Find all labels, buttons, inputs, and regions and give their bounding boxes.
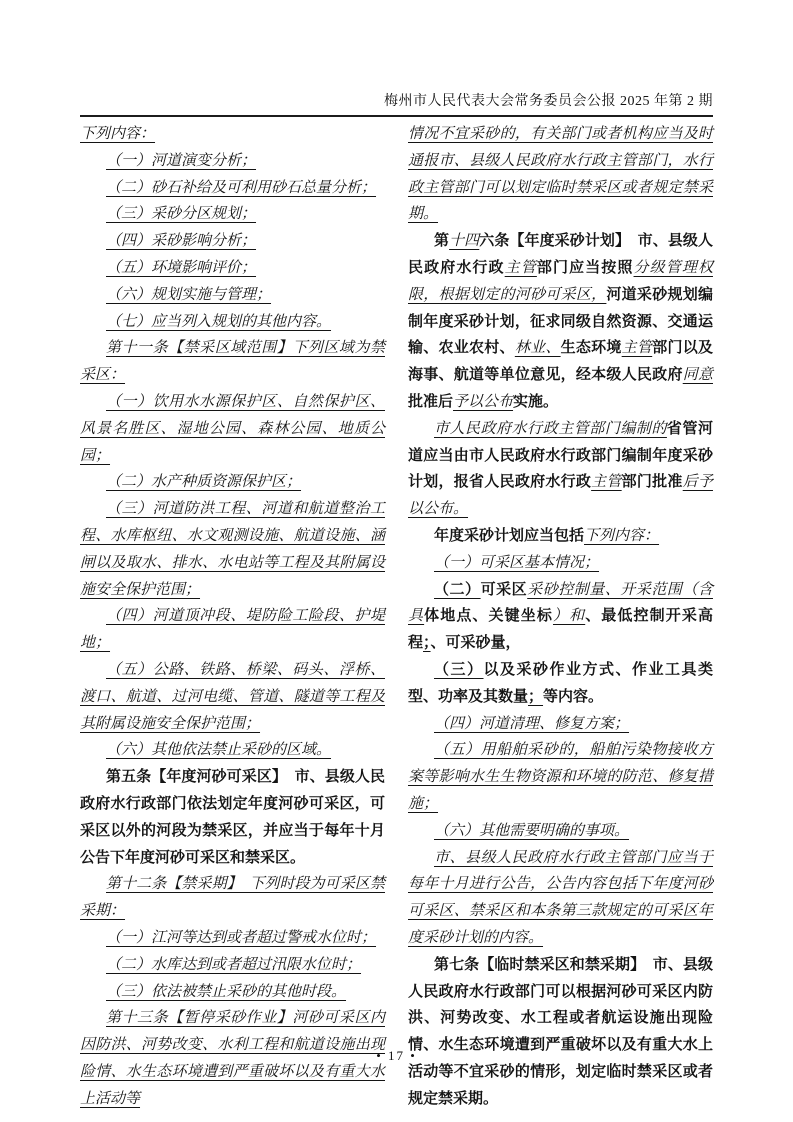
inserted-text-run: 主管: [622, 340, 653, 356]
paragraph: 下列内容：: [80, 121, 385, 148]
paragraph: （四）采砂影响分析；: [80, 228, 385, 255]
text-run: 等内容。: [543, 689, 603, 705]
inserted-text-run: （五）环境影响评价；: [106, 260, 256, 276]
paragraph: （六）其他依法禁止采砂的区域。: [80, 737, 385, 764]
inserted-text-run: 情况不宜采砂的，有关部门或者机构应当及时通报市、县级人民政府水行政主管部门，水行…: [408, 126, 713, 222]
text-run: 第: [434, 233, 449, 249]
text-run: 可采区: [481, 582, 528, 598]
paragraph: （七）应当列入规划的其他内容。: [80, 309, 385, 336]
paragraph: （五）环境影响评价；: [80, 255, 385, 282]
text-run: 实施。: [513, 394, 558, 410]
text-run: 体地点、关键坐标: [424, 608, 553, 624]
page-number: • 17 •: [0, 1048, 793, 1064]
paragraph: 年度采砂计划应当包括下列内容：: [408, 523, 713, 550]
paragraph: （六）其他需要明确的事项。: [408, 818, 713, 845]
inserted-text-run: （四）采砂影响分析；: [106, 233, 256, 249]
page-header-title: 梅州市人民代表大会常务委员会公报 2025 年第 2 期: [80, 0, 713, 115]
paragraph: （五）用船舶采砂的，船舶污染物接收方案等影响水生生物资源和环境的防范、修复措施；: [408, 737, 713, 817]
inserted-text-run: ；: [423, 635, 431, 651]
paragraph: （四）河道清理、修复方案；: [408, 711, 713, 738]
paragraph: （四）河道顶冲段、堤防险工险段、护堤地；: [80, 603, 385, 657]
gazette-page: 梅州市人民代表大会常务委员会公报 2025 年第 2 期 下列内容：（一）河道演…: [0, 0, 793, 1122]
paragraph: （三）依法被禁止采砂的其他时段。: [80, 979, 385, 1006]
inserted-text-run: 主管: [505, 260, 537, 276]
inserted-text-run: （四）河道清理、修复方案；: [434, 716, 629, 732]
inserted-text-run: （二）水库达到或者超过汛限水位时；: [106, 957, 361, 973]
paragraph: 第七条【临时禁采区和禁采期】 市、县级人民政府水行政部门可以根据河砂可采区内防洪…: [408, 952, 713, 1113]
paragraph: 市人民政府水行政主管部门编制的省管河道应当由市人民政府水行政部门编制年度采砂计划…: [408, 416, 713, 523]
paragraph: （二）水库达到或者超过汛限水位时；: [80, 952, 385, 979]
inserted-text-run: （一）河道演变分析；: [106, 153, 256, 169]
text-run: 第七条【临时禁采区和禁采期】 市、县级人民政府水行政部门可以根据河砂可采区内防洪…: [408, 957, 713, 1107]
paragraph: （二）可采区采砂控制量、开采范围（含具体地点、关键坐标）和、最低控制开采高程；、…: [408, 577, 713, 657]
column-right: 情况不宜采砂的，有关部门或者机构应当及时通报市、县级人民政府水行政主管部门，水行…: [408, 121, 713, 1112]
paragraph: 第十二条【禁采期】 下列时段为可采区禁采期：: [80, 871, 385, 925]
inserted-text-run: （六）其他依法禁止采砂的区域。: [106, 742, 331, 758]
inserted-text-run: （五）公路、铁路、桥梁、码头、浮桥、渡口、航道、过河电缆、管道、隧道等工程及其附…: [80, 662, 385, 732]
inserted-text-run: ）和: [553, 608, 585, 624]
inserted-text-run: （四）河道顶冲段、堤防险工险段、护堤地；: [80, 608, 385, 651]
inserted-text-run: （六）其他需要明确的事项。: [434, 823, 629, 839]
inserted-text-run: 下列内容：: [80, 126, 155, 142]
paragraph: （一）可采区基本情况；: [408, 550, 713, 577]
text-run: 批准后: [408, 394, 453, 410]
paragraph: （三）以及采砂作业方式、作业工具类型、功率及其数量；等内容。: [408, 657, 713, 711]
text-run: 、可采砂量，: [431, 635, 521, 651]
paragraph: （五）公路、铁路、桥梁、码头、浮桥、渡口、航道、过河电缆、管道、隧道等工程及其附…: [80, 657, 385, 737]
text-run: 年度采砂计划应当包括: [434, 528, 584, 544]
paragraph: 第十一条【禁采区域范围】下列区域为禁采区：: [80, 335, 385, 389]
inserted-text-run: （五）用船舶采砂的，船舶污染物接收方案等影响水生生物资源和环境的防范、修复措施；: [408, 742, 713, 812]
page-header: 梅州市人民代表大会常务委员会公报 2025 年第 2 期: [80, 0, 713, 117]
paragraph: （一）江河等达到或者超过警戒水位时；: [80, 925, 385, 952]
inserted-text-run: （二）水产种质资源保护区；: [106, 474, 301, 490]
paragraph: 情况不宜采砂的，有关部门或者机构应当及时通报市、县级人民政府水行政主管部门，水行…: [408, 121, 713, 228]
paragraph: 第五条【年度河砂可采区】 市、县级人民政府水行政部门依法划定年度河砂可采区，可采…: [80, 764, 385, 871]
inserted-text-run: 第十二条【禁采期】 下列时段为可采区禁采期：: [80, 876, 385, 919]
inserted-text-run: 予以公布: [453, 394, 513, 410]
inserted-text-run: ；: [528, 689, 543, 705]
text-run: 部门应当按照: [537, 260, 634, 276]
inserted-text-run: 十四: [449, 233, 479, 249]
inserted-text-run: 林业、: [515, 340, 561, 356]
text-run: 部门批准: [622, 474, 683, 490]
inserted-text-run: 市、县级人民政府水行政主管部门应当于每年十月进行公告，公告内容包括下年度河砂可采…: [408, 850, 713, 946]
inserted-text-run: 同意: [683, 367, 713, 383]
paragraph: 第十四六条【年度采砂计划】 市、县级人民政府水行政主管部门应当按照分级管理权限，…: [408, 228, 713, 416]
inserted-text-run: （三）依法被禁止采砂的其他时段。: [106, 984, 346, 1000]
inserted-text-run: （三）河道防洪工程、河道和航道整治工程、水库枢纽、水文观测设施、航道设施、涵闸以…: [80, 501, 385, 597]
inserted-text-run: 市人民政府水行政主管部门编制的: [434, 421, 667, 437]
paragraph: （一）饮用水水源保护区、自然保护区、风景名胜区、湿地公园、森林公园、地质公园；: [80, 389, 385, 469]
text-run: 生态环境: [561, 340, 622, 356]
inserted-text-run: （二）砂石补给及可利用砂石总量分析；: [106, 180, 376, 196]
content-columns: 下列内容：（一）河道演变分析；（二）砂石补给及可利用砂石总量分析；（三）采砂分区…: [80, 121, 713, 1112]
inserted-text-run: 主管: [591, 474, 622, 490]
inserted-text-run: （一）江河等达到或者超过警戒水位时；: [106, 930, 376, 946]
inserted-text-run: （三）采砂分区规划；: [106, 206, 256, 222]
inserted-text-run: （六）规划实施与管理；: [106, 287, 271, 303]
column-left: 下列内容：（一）河道演变分析；（二）砂石补给及可利用砂石总量分析；（三）采砂分区…: [80, 121, 385, 1112]
paragraph: （一）河道演变分析；: [80, 148, 385, 175]
paragraph: （二）砂石补给及可利用砂石总量分析；: [80, 175, 385, 202]
paragraph: （三）采砂分区规划；: [80, 201, 385, 228]
paragraph: 市、县级人民政府水行政主管部门应当于每年十月进行公告，公告内容包括下年度河砂可采…: [408, 845, 713, 952]
text-run: 第五条【年度河砂可采区】 市、县级人民政府水行政部门依法划定年度河砂可采区，可采…: [80, 769, 385, 865]
inserted-text-run: （三）: [434, 662, 484, 678]
paragraph: （三）河道防洪工程、河道和航道整治工程、水库枢纽、水文观测设施、航道设施、涵闸以…: [80, 496, 385, 603]
inserted-text-run: （一）可采区基本情况；: [434, 555, 599, 571]
paragraph: （二）水产种质资源保护区；: [80, 469, 385, 496]
header-rule: [80, 115, 713, 117]
inserted-text-run: （七）应当列入规划的其他内容。: [106, 314, 331, 330]
inserted-text-run: 第十一条【禁采区域范围】下列区域为禁采区：: [80, 340, 385, 383]
inserted-text-run: （二）: [434, 582, 481, 598]
inserted-text-run: 下列内容：: [584, 528, 659, 544]
inserted-text-run: （一）饮用水水源保护区、自然保护区、风景名胜区、湿地公园、森林公园、地质公园；: [80, 394, 385, 464]
paragraph: （六）规划实施与管理；: [80, 282, 385, 309]
